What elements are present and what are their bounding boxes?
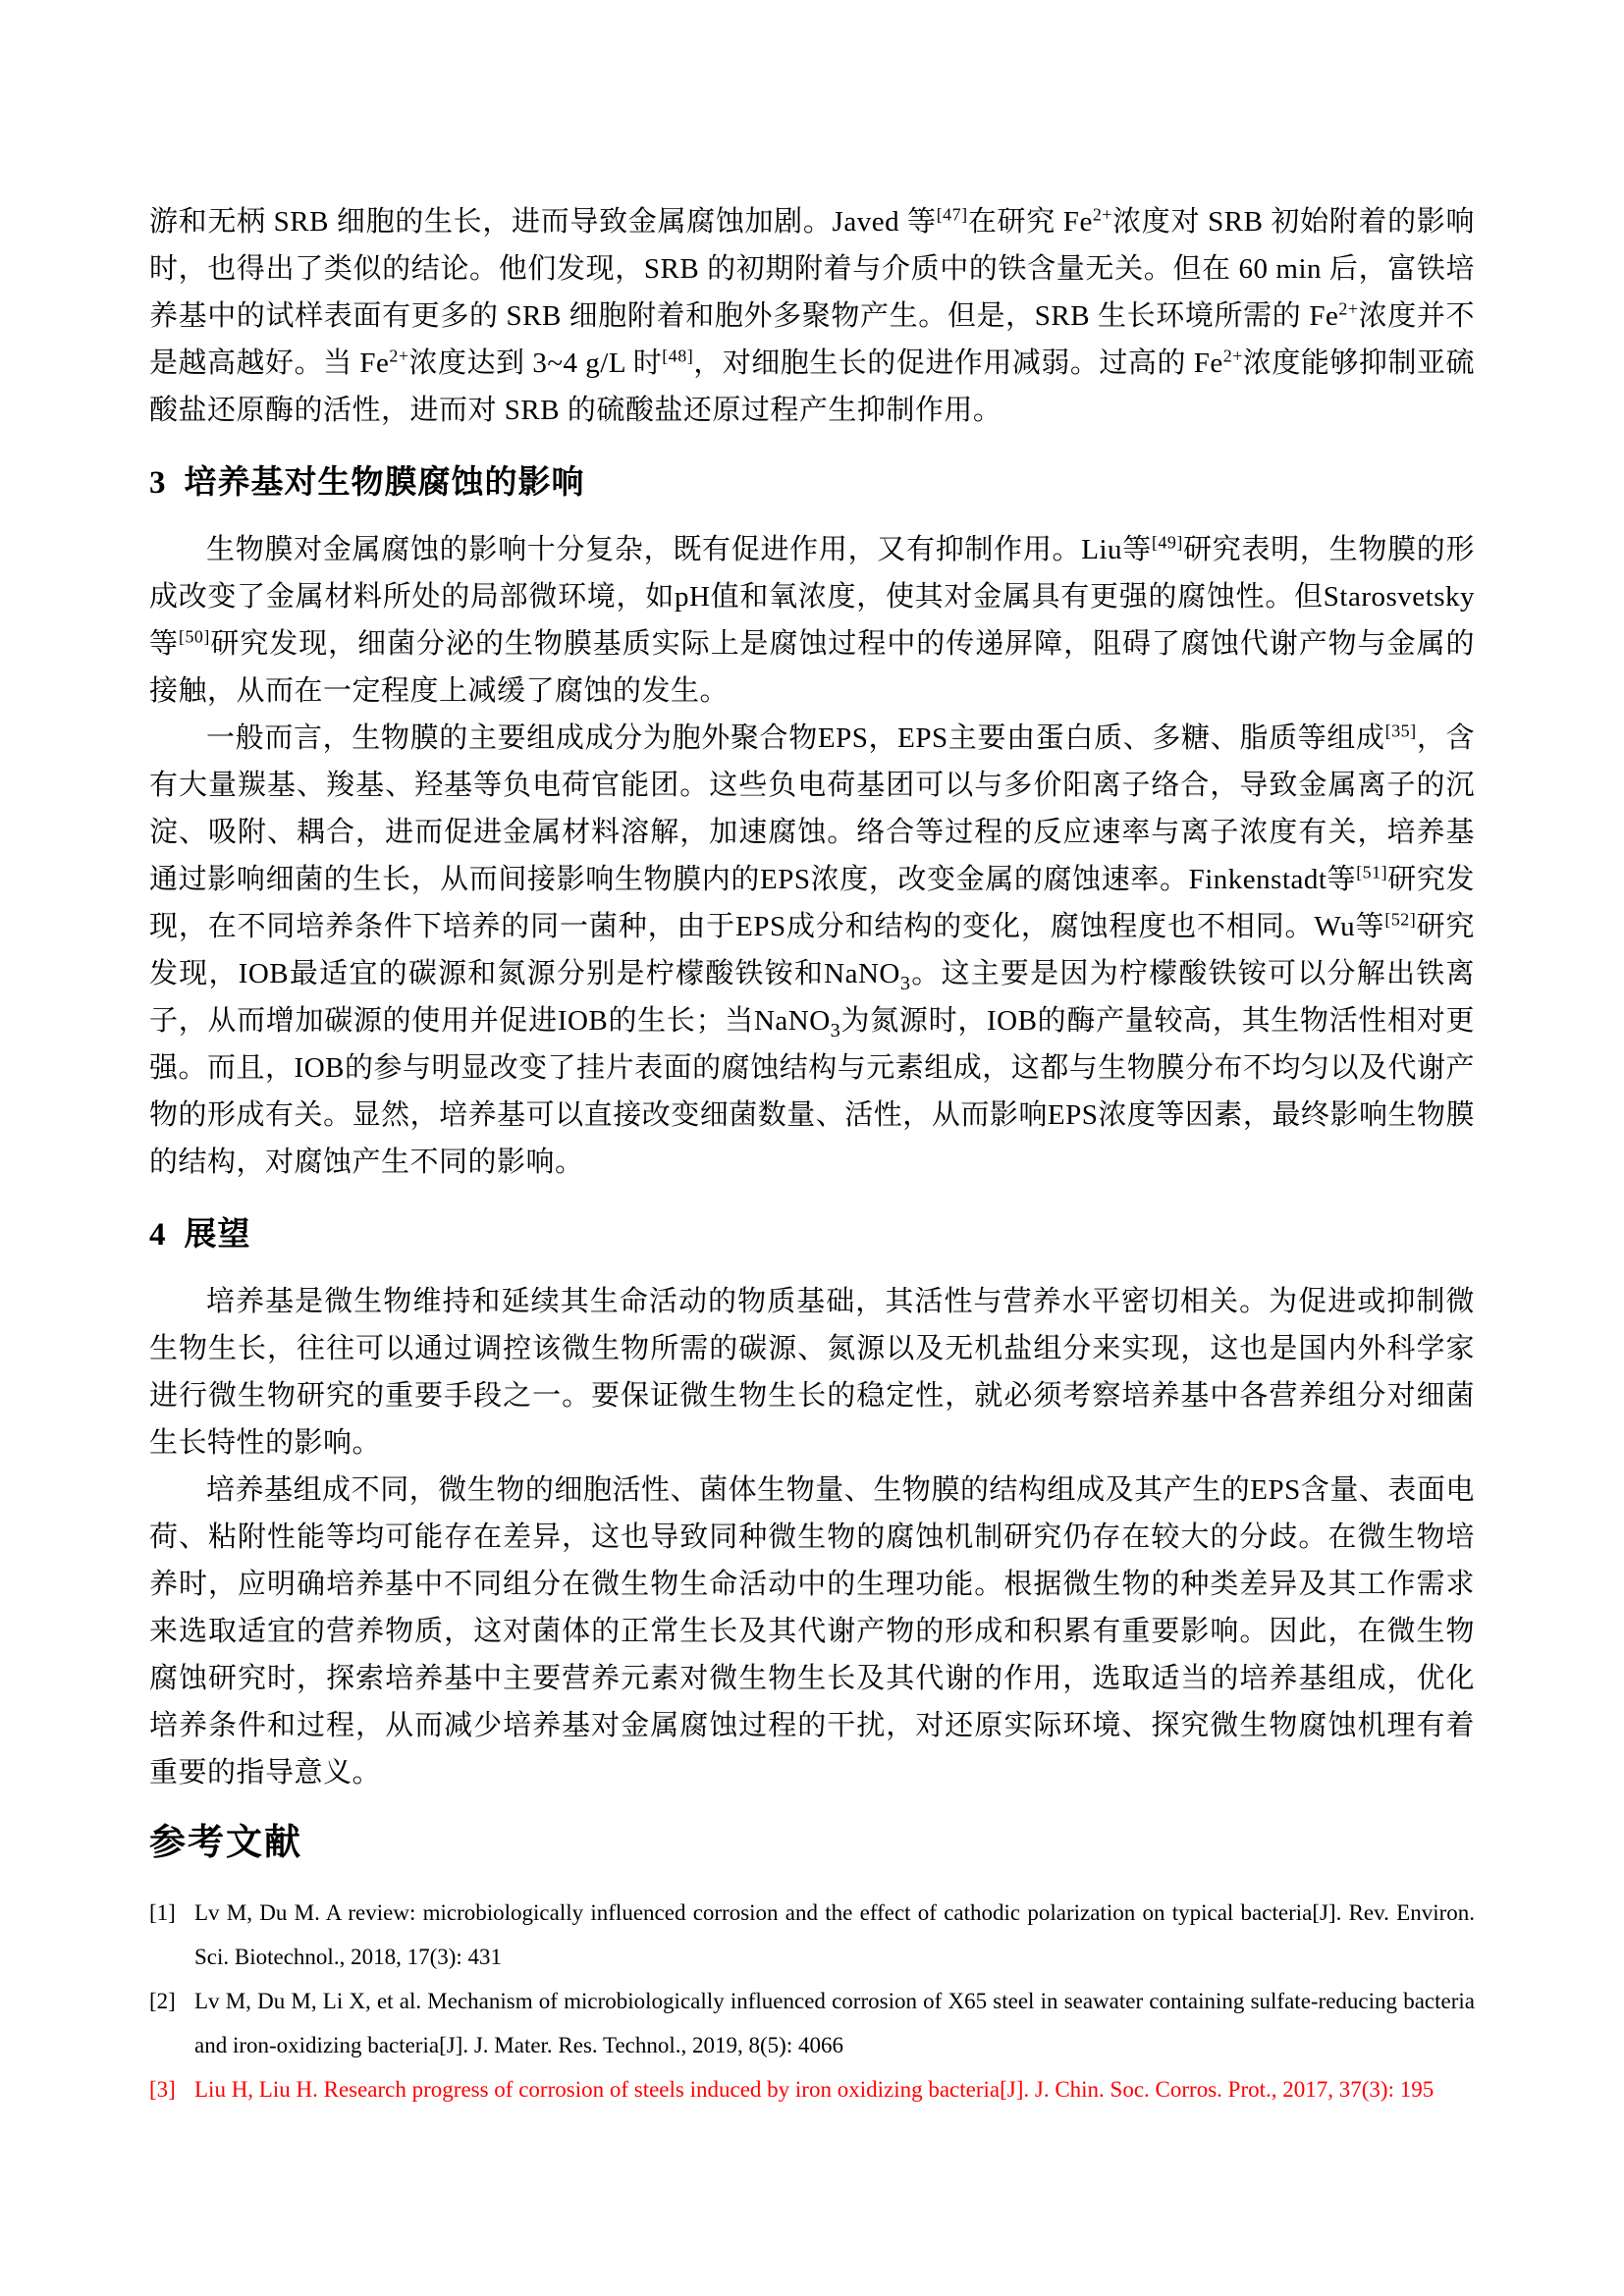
section-heading: 3培养基对生物膜腐蚀的影响 (149, 461, 1475, 505)
chemical-subscript: 3 (900, 973, 911, 994)
citation-superscript: [49] (1152, 532, 1183, 552)
document-content: 游和无柄 SRB 细胞的生长，进而导致金属腐蚀加剧。Javed 等[47]在研究… (0, 0, 1624, 2111)
paragraph: 生物膜对金属腐蚀的影响十分复杂，既有促进作用，又有抑制作用。Liu等[49]研究… (149, 526, 1475, 715)
reference-marker: [1] (149, 1891, 194, 1935)
reference-text: Liu H, Liu H. Research progress of corro… (194, 2077, 1434, 2102)
chemical-subscript: 3 (831, 1020, 841, 1041)
document-page: 游和无柄 SRB 细胞的生长，进而导致金属腐蚀加剧。Javed 等[47]在研究… (0, 0, 1624, 2296)
text-run: 游和无柄 SRB 细胞的生长，进而导致金属腐蚀加剧。Javed 等 (149, 206, 937, 238)
section-number: 3 (149, 465, 167, 501)
reference-item: [1]Lv M, Du M. A review: microbiological… (149, 1891, 1475, 1979)
citation-superscript: [47] (937, 204, 968, 224)
section-heading: 4展望 (149, 1213, 1475, 1256)
reference-item: [3]Liu H, Liu H. Research progress of co… (149, 2067, 1475, 2111)
citation-superscript: 2+ (389, 346, 408, 365)
section-number: 4 (149, 1217, 167, 1253)
text-run: 在研究 Fe (968, 206, 1093, 238)
section-title: 培养基对生物膜腐蚀的影响 (185, 465, 585, 501)
reference-marker: [2] (149, 1979, 194, 2023)
text-run: 培养基是微生物维持和延续其生命活动的物质基础，其活性与营养水平密切相关。为促进或… (149, 1286, 1475, 1459)
citation-superscript: [48] (662, 346, 693, 365)
paragraph: 一般而言，生物膜的主要组成成分为胞外聚合物EPS，EPS主要由蛋白质、多糖、脂质… (149, 715, 1475, 1186)
paragraph: 培养基是微生物维持和延续其生命活动的物质基础，其活性与营养水平密切相关。为促进或… (149, 1278, 1475, 1467)
citation-superscript: [35] (1385, 721, 1417, 740)
text-run: 生物膜对金属腐蚀的影响十分复杂，既有促进作用，又有抑制作用。Liu等 (206, 534, 1152, 565)
text-run: 浓度达到 3~4 g/L 时 (409, 347, 663, 379)
text-run: 培养基组成不同，微生物的细胞活性、菌体生物量、生物膜的结构组成及其产生的EPS含… (149, 1474, 1475, 1789)
citation-superscript: 2+ (1223, 346, 1243, 365)
paragraph: 游和无柄 SRB 细胞的生长，进而导致金属腐蚀加剧。Javed 等[47]在研究… (149, 198, 1475, 434)
section-title: 展望 (185, 1217, 251, 1253)
reference-text: Lv M, Du M. A review: microbiologically … (194, 1900, 1475, 1969)
citation-superscript: 2+ (1338, 298, 1358, 318)
citation-superscript: [52] (1384, 909, 1416, 929)
paragraph: 培养基组成不同，微生物的细胞活性、菌体生物量、生物膜的结构组成及其产生的EPS含… (149, 1467, 1475, 1796)
references-heading: 参考文献 (149, 1820, 1475, 1867)
citation-superscript: [51] (1356, 862, 1387, 881)
reference-text: Lv M, Du M, Li X, et al. Mechanism of mi… (194, 1989, 1475, 2057)
citation-superscript: 2+ (1093, 204, 1112, 224)
text-run: ，对细胞生长的促进作用减弱。过高的 Fe (693, 347, 1223, 379)
citation-superscript: [50] (179, 626, 210, 646)
text-run: 研究发现，细菌分泌的生物膜基质实际上是腐蚀过程中的传递屏障，阻碍了腐蚀代谢产物与… (149, 628, 1475, 707)
reference-item: [2]Lv M, Du M, Li X, et al. Mechanism of… (149, 1979, 1475, 2067)
text-run: 一般而言，生物膜的主要组成成分为胞外聚合物EPS，EPS主要由蛋白质、多糖、脂质… (206, 722, 1385, 754)
reference-marker: [3] (149, 2067, 194, 2111)
